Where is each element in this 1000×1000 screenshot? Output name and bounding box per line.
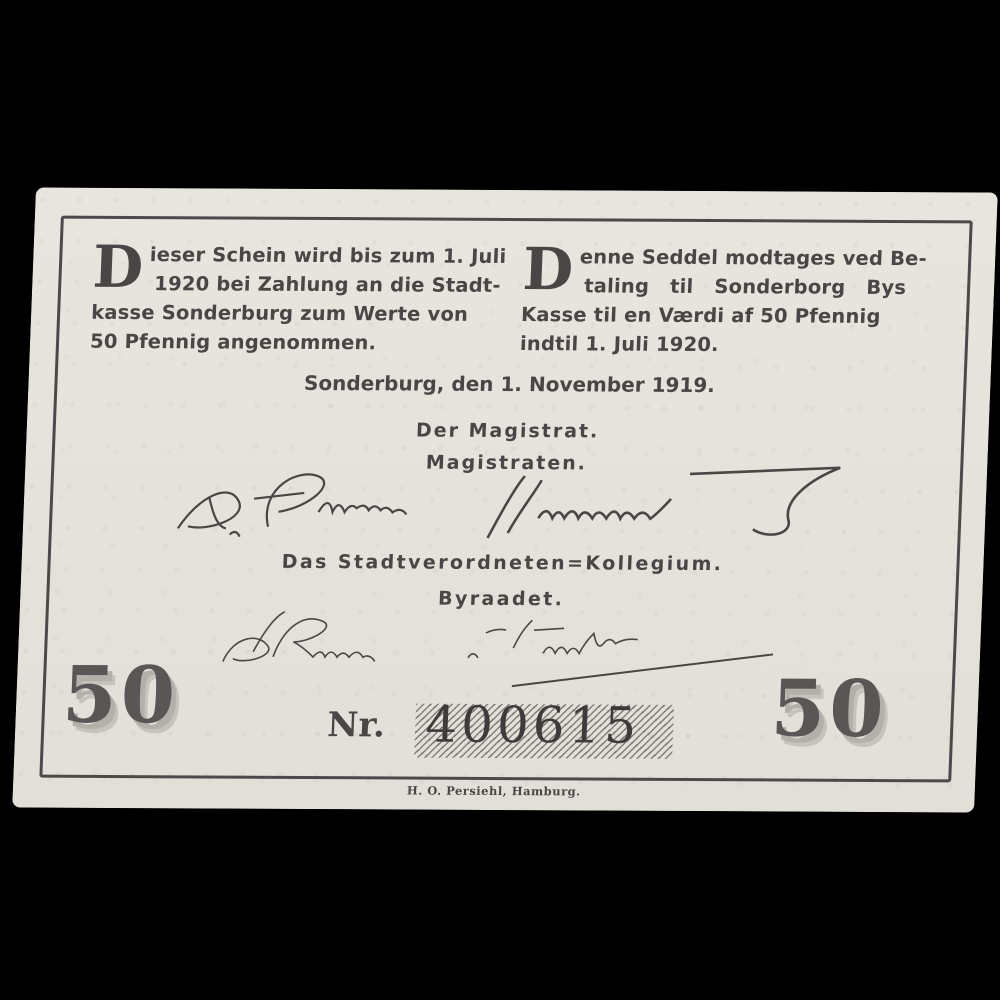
signatures-top <box>167 456 850 550</box>
danish-line: taling til Sonderborg Bys <box>522 271 933 302</box>
denomination-right: 50 <box>769 663 889 755</box>
german-line: ieser Schein wird bis zum 1. Juli <box>93 240 494 271</box>
serial-label: Nr. <box>327 705 386 745</box>
serial-number: 400615 <box>424 696 641 755</box>
drop-cap: D <box>522 244 574 294</box>
german-line: 50 Pfennig angenommen. <box>90 327 491 358</box>
danish-line: indtil 1. Juli 1920. <box>519 329 930 360</box>
printer-imprint: H. O. Persiehl, Hamburg. <box>13 781 975 800</box>
denomination-left: 50 <box>61 650 181 742</box>
signatures-bottom <box>212 607 775 690</box>
german-line: kasse Sonderburg zum Werte von <box>91 298 492 329</box>
german-text-block: D ieser Schein wird bis zum 1. Juli 1920… <box>90 240 494 358</box>
danish-text-block: D enne Seddel modtages ved Be- taling ti… <box>519 242 933 360</box>
danish-line: Kasse til en Værdi af 50 Pfennig <box>521 300 932 331</box>
german-line: 1920 bei Zahlung an die Stadt- <box>92 269 493 300</box>
date-line: Sonderburg, den 1. November 1919. <box>28 369 991 398</box>
drop-cap: D <box>92 242 144 292</box>
danish-line: enne Seddel modtages ved Be- <box>523 242 934 273</box>
banknote: D ieser Schein wird bis zum 1. Juli 1920… <box>12 187 998 812</box>
